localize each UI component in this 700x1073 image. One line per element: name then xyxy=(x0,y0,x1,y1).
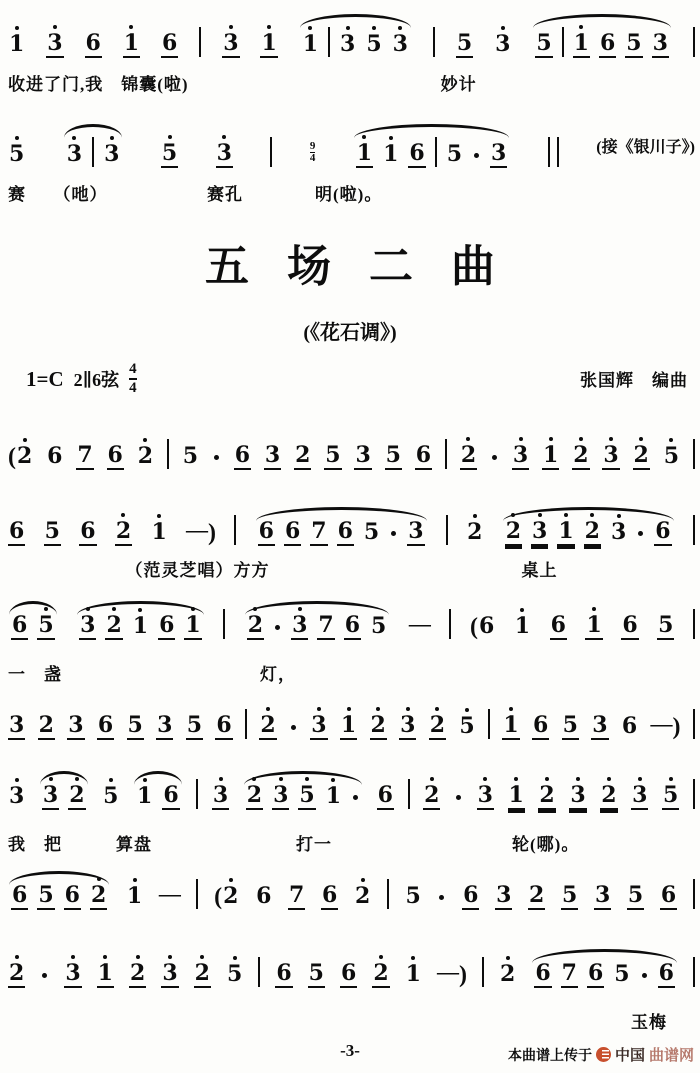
note: 3 xyxy=(407,520,424,546)
note: 1 xyxy=(573,32,590,58)
note: 5 xyxy=(663,445,680,470)
token: 7 xyxy=(317,614,334,640)
token: 3 xyxy=(594,884,611,910)
token: 5 xyxy=(8,143,25,168)
token: 6 xyxy=(161,32,178,58)
note: 5 xyxy=(298,784,315,810)
note: 1 xyxy=(184,614,201,640)
note: 5 xyxy=(625,32,642,58)
token: 1 xyxy=(260,32,277,58)
music-line: 33251632351623123235 xyxy=(8,764,695,810)
token: 3 xyxy=(591,714,608,740)
token: 6 xyxy=(415,444,432,470)
token: 6 xyxy=(8,520,25,546)
augmentation-dot xyxy=(42,973,47,978)
token: 3 xyxy=(216,142,233,168)
token: —) xyxy=(650,713,680,740)
token: 5 xyxy=(308,962,325,988)
token: 5 xyxy=(186,714,203,740)
token: 5 xyxy=(324,444,341,470)
note: 6 xyxy=(415,444,432,470)
note: 6 xyxy=(158,614,175,640)
barline xyxy=(693,779,695,809)
note: 6 xyxy=(64,884,81,910)
brand-name-rest: 曲谱网 xyxy=(649,1044,694,1065)
note: 3 xyxy=(264,444,281,470)
note: 2 xyxy=(354,885,371,910)
token: 5 xyxy=(370,615,387,640)
note: 2 xyxy=(246,784,263,810)
token: 1 xyxy=(542,444,559,470)
barline xyxy=(234,515,236,545)
barline xyxy=(693,709,695,739)
note: 3 xyxy=(272,784,289,810)
note: 3 xyxy=(64,962,81,988)
token: 2 xyxy=(423,784,440,810)
augmentation-dot xyxy=(638,531,643,536)
token: 5 xyxy=(405,885,422,910)
barline xyxy=(693,609,695,639)
token: 2 xyxy=(247,614,264,640)
token: 3 xyxy=(64,962,81,988)
note: 6 xyxy=(654,520,671,546)
token: 3 xyxy=(291,614,308,640)
note: 2 xyxy=(460,444,477,470)
note: 6 xyxy=(284,520,301,546)
token: 6 xyxy=(258,520,275,546)
note: 3 xyxy=(212,784,229,810)
token: 2 xyxy=(372,962,389,988)
token: 5 xyxy=(535,32,552,58)
note: 7 xyxy=(310,520,327,546)
token: 5 xyxy=(37,884,54,910)
token: 1 xyxy=(123,32,140,58)
token: 5 xyxy=(226,963,243,988)
note: 5 xyxy=(456,32,473,58)
token: 1 xyxy=(557,520,574,546)
barline xyxy=(328,27,330,57)
double-barline xyxy=(548,137,559,167)
token: 2 xyxy=(600,784,617,810)
note: 6 xyxy=(275,962,292,988)
note: 2 xyxy=(505,520,522,546)
note: 2 xyxy=(429,714,446,740)
token: 6 xyxy=(46,445,63,470)
token: 3 xyxy=(490,142,507,168)
barline xyxy=(270,137,272,167)
note: 2 xyxy=(247,614,264,640)
token: 3 xyxy=(310,714,327,740)
note: 6 xyxy=(621,715,638,740)
token: 3 xyxy=(264,444,281,470)
note: 5 xyxy=(370,615,387,640)
sheet-music-page: 136163113535351653收进了门,我 锦囊(啦) 妙计5335394… xyxy=(0,0,700,1073)
open-paren: ( xyxy=(214,885,222,910)
token: 5 xyxy=(446,143,463,168)
note: 5 xyxy=(385,444,402,470)
token: 1 xyxy=(356,142,373,168)
note: 5 xyxy=(446,143,463,168)
token xyxy=(40,973,49,988)
note: 5 xyxy=(363,521,380,546)
note: 5 xyxy=(324,444,341,470)
note: 2 xyxy=(633,444,650,470)
note: 2 xyxy=(528,884,545,910)
token: 3 xyxy=(494,33,511,58)
note: 1 xyxy=(126,885,143,910)
augmentation-dot xyxy=(492,455,497,460)
token: 1 xyxy=(302,33,319,58)
note: 6 xyxy=(79,520,96,546)
note: 6 xyxy=(321,884,338,910)
note: 1 xyxy=(514,615,531,640)
note: 5 xyxy=(657,614,674,640)
close-paren: ) xyxy=(459,963,467,988)
slur-group: 33 xyxy=(63,124,124,168)
token: 2 xyxy=(460,444,477,470)
token: 3 xyxy=(66,143,83,168)
note: 1 xyxy=(150,521,167,546)
token: 2 xyxy=(246,784,263,810)
slur-group: 65 xyxy=(8,601,58,640)
note: 5 xyxy=(405,885,422,910)
note: 1 xyxy=(502,714,519,740)
brand-name-cn: 中国 xyxy=(615,1044,645,1065)
note: 3 xyxy=(339,33,356,58)
token: 1 xyxy=(573,32,590,58)
note: 6 xyxy=(340,962,357,988)
note: 3 xyxy=(610,521,627,546)
note: 2 xyxy=(370,714,387,740)
music-line: 533539411653(接《银川子》) xyxy=(8,122,695,168)
note: 1 xyxy=(97,962,114,988)
ts-numerator: 9 xyxy=(310,141,316,153)
token: 6 xyxy=(660,884,677,910)
augmentation-dot xyxy=(353,795,358,800)
token: 6 xyxy=(621,614,638,640)
token: 5 xyxy=(298,784,315,810)
note: 1 xyxy=(325,785,342,810)
note: 6 xyxy=(161,32,178,58)
inline-annotation: (接《银川子》) xyxy=(596,134,695,157)
note: 1 xyxy=(542,444,559,470)
lyrics-line: （范灵芝唱）方方 桌上 xyxy=(8,556,695,581)
note: 1 xyxy=(585,614,602,640)
token: 6 xyxy=(321,884,338,910)
token xyxy=(212,455,221,470)
token: 5 xyxy=(182,445,199,470)
note: 1 xyxy=(302,33,319,58)
token: 3 xyxy=(272,784,289,810)
token: 6 xyxy=(532,714,549,740)
token: 5 xyxy=(662,784,679,810)
note: 2 xyxy=(8,962,25,988)
note: 6 xyxy=(532,714,549,740)
token: 3 xyxy=(339,33,356,58)
note: 3 xyxy=(222,32,239,58)
token: (2 xyxy=(214,885,239,910)
note: 3 xyxy=(631,784,648,810)
token: 3 xyxy=(354,444,371,470)
note: 2 xyxy=(16,445,33,470)
note: 6 xyxy=(660,884,677,910)
token: 5 xyxy=(365,33,382,58)
token: 3 xyxy=(156,714,173,740)
token: 3 xyxy=(399,714,416,740)
token: 2 xyxy=(137,445,154,470)
note: 2 xyxy=(105,614,122,640)
token: 5 xyxy=(562,714,579,740)
note: 5 xyxy=(562,714,579,740)
barline xyxy=(196,879,198,909)
augmentation-dot xyxy=(439,895,444,900)
token: 1 xyxy=(8,33,25,58)
token: (2 xyxy=(8,445,33,470)
note: 6 xyxy=(8,520,25,546)
token: 6 xyxy=(11,884,28,910)
token: — xyxy=(159,883,181,910)
slur-group: 51653 xyxy=(532,14,672,58)
close-paren: ) xyxy=(208,521,216,546)
note: 3 xyxy=(591,714,608,740)
token: 5 xyxy=(613,963,630,988)
barline xyxy=(196,779,198,809)
token: 1 xyxy=(184,614,201,640)
token xyxy=(273,625,282,640)
note: 3 xyxy=(354,444,371,470)
note: 3 xyxy=(569,784,586,810)
token: 3 xyxy=(602,444,619,470)
note: 2 xyxy=(259,714,276,740)
music-line: 32365356231232516536—) xyxy=(8,694,695,740)
token: 1 xyxy=(150,521,167,546)
note: 6 xyxy=(215,714,232,740)
note: 6 xyxy=(337,520,354,546)
token: 6 xyxy=(107,444,124,470)
music-line: 136163113535351653 xyxy=(8,12,695,58)
token: 5 xyxy=(627,884,644,910)
note: 2 xyxy=(68,784,85,810)
note: 3 xyxy=(490,142,507,168)
note: 6 xyxy=(377,784,394,810)
note: 5 xyxy=(37,614,54,640)
note: 2 xyxy=(294,444,311,470)
token: 3 xyxy=(495,884,512,910)
token: 6 xyxy=(97,714,114,740)
note: 5 xyxy=(613,963,630,988)
note: 3 xyxy=(42,784,59,810)
note: 3 xyxy=(399,714,416,740)
barline xyxy=(92,137,94,167)
token: — xyxy=(409,613,431,640)
note: 2 xyxy=(423,784,440,810)
token: 1 xyxy=(585,614,602,640)
token: 6 xyxy=(654,520,671,546)
note: 5 xyxy=(226,963,243,988)
note: 3 xyxy=(67,714,84,740)
note: 3 xyxy=(291,614,308,640)
barline xyxy=(693,515,695,545)
token: 1 xyxy=(508,784,525,810)
note: 6 xyxy=(255,885,272,910)
token: 6 xyxy=(599,32,616,58)
barline xyxy=(488,709,490,739)
token: 6 xyxy=(462,884,479,910)
meter-fraction: 4 4 xyxy=(129,362,137,396)
barline xyxy=(408,779,410,809)
token: 3 xyxy=(42,784,59,810)
note: 2 xyxy=(538,784,555,810)
note: 2 xyxy=(194,962,211,988)
slur-group: 667653 xyxy=(255,507,428,546)
token: 6 xyxy=(162,784,179,810)
token: 5 xyxy=(458,715,475,740)
token: 2 xyxy=(90,884,107,910)
note: 6 xyxy=(344,614,361,640)
augmentation-dot xyxy=(391,531,396,536)
lyrics-line: 一 盏 灯， xyxy=(8,660,695,685)
token: 3 xyxy=(652,32,669,58)
note: 5 xyxy=(662,784,679,810)
note: 3 xyxy=(310,714,327,740)
token: 3 xyxy=(531,520,548,546)
barline xyxy=(167,439,169,469)
note: 2 xyxy=(584,520,601,546)
note: 5 xyxy=(182,445,199,470)
token: 3 xyxy=(8,785,25,810)
token xyxy=(640,973,649,988)
slur-group: 67656 xyxy=(531,949,678,988)
key-signature-line: 1=C 2∥6弦 4 4 xyxy=(26,362,137,396)
token: 6 xyxy=(284,520,301,546)
note: 3 xyxy=(392,33,409,58)
barline xyxy=(387,879,389,909)
token: 5 xyxy=(127,714,144,740)
token: 3 xyxy=(610,521,627,546)
token: 6 xyxy=(275,962,292,988)
note: 7 xyxy=(561,962,578,988)
augmentation-dot xyxy=(214,455,219,460)
note: 5 xyxy=(37,884,54,910)
note: 3 xyxy=(477,784,494,810)
held-dash: — xyxy=(159,883,181,910)
note: 2 xyxy=(499,963,516,988)
token: 1 xyxy=(514,615,531,640)
barline xyxy=(449,609,451,639)
note: 6 xyxy=(587,962,604,988)
note: 6 xyxy=(534,962,551,988)
note: 3 xyxy=(531,520,548,546)
token: 3 xyxy=(477,784,494,810)
barline xyxy=(693,439,695,469)
token: 5 xyxy=(663,445,680,470)
note: 3 xyxy=(103,143,120,168)
token: 6 xyxy=(158,614,175,640)
token: 2 xyxy=(584,520,601,546)
note: 3 xyxy=(66,143,83,168)
note: 5 xyxy=(365,33,382,58)
slur-group: 231236 xyxy=(502,507,675,546)
music-line: (26762563253562312325 xyxy=(8,424,695,470)
note: 2 xyxy=(137,445,154,470)
token: 3 xyxy=(631,784,648,810)
slur-group: 2351 xyxy=(243,771,363,810)
barline xyxy=(245,709,247,739)
barline xyxy=(693,879,695,909)
token xyxy=(636,531,645,546)
barline xyxy=(223,609,225,639)
note: 3 xyxy=(494,33,511,58)
note: 6 xyxy=(599,32,616,58)
token: 3 xyxy=(46,32,63,58)
barline xyxy=(258,957,260,987)
augmentation-dot xyxy=(642,973,647,978)
token: 1 xyxy=(97,962,114,988)
token: 2 xyxy=(68,784,85,810)
page-title: 五场二曲 xyxy=(0,243,700,291)
token: 2 xyxy=(538,784,555,810)
note: 5 xyxy=(308,962,325,988)
slur-group: 32161 xyxy=(76,601,205,640)
string-tuning-label: 2∥6弦 xyxy=(74,366,120,392)
note: 6 xyxy=(85,32,102,58)
token: 6 xyxy=(337,520,354,546)
meter-numerator: 4 xyxy=(129,362,137,377)
token: 5 xyxy=(102,785,119,810)
token: 2 xyxy=(528,884,545,910)
note: 1 xyxy=(340,714,357,740)
token: 3 xyxy=(407,520,424,546)
augmentation-dot xyxy=(291,725,296,730)
watermark-credit: 本曲谱上传于 中国 曲谱网 xyxy=(508,1044,694,1065)
token xyxy=(454,795,463,810)
close-paren: ) xyxy=(672,715,680,740)
held-dash: — xyxy=(409,613,431,640)
note: 6 xyxy=(11,884,28,910)
note: 1 xyxy=(405,963,422,988)
token: 6 xyxy=(234,444,251,470)
token: 6 xyxy=(11,614,28,640)
slur-group: 23765 xyxy=(244,601,391,640)
token: 2 xyxy=(499,963,516,988)
held-dash: — xyxy=(186,519,208,546)
note: 6 xyxy=(258,520,275,546)
token: 6 xyxy=(64,884,81,910)
token: 1 xyxy=(382,143,399,168)
token: (6 xyxy=(470,615,495,640)
note: 2 xyxy=(466,521,483,546)
music-line: 65621—(2676256325356 xyxy=(8,864,695,910)
token: 5 xyxy=(561,884,578,910)
augmentation-dot xyxy=(474,153,479,158)
note: 5 xyxy=(458,715,475,740)
note: 5 xyxy=(8,143,25,168)
barline xyxy=(433,27,435,57)
token: 6 xyxy=(215,714,232,740)
note: 3 xyxy=(156,714,173,740)
barline xyxy=(435,137,437,167)
token: 2 xyxy=(505,520,522,546)
token: 1 xyxy=(136,785,153,810)
token: 5 xyxy=(625,32,642,58)
token xyxy=(472,153,481,168)
note: 3 xyxy=(652,32,669,58)
note: 6 xyxy=(478,615,495,640)
note: 1 xyxy=(8,33,25,58)
token: 1 xyxy=(325,785,342,810)
note: 3 xyxy=(8,714,25,740)
note: 1 xyxy=(557,520,574,546)
